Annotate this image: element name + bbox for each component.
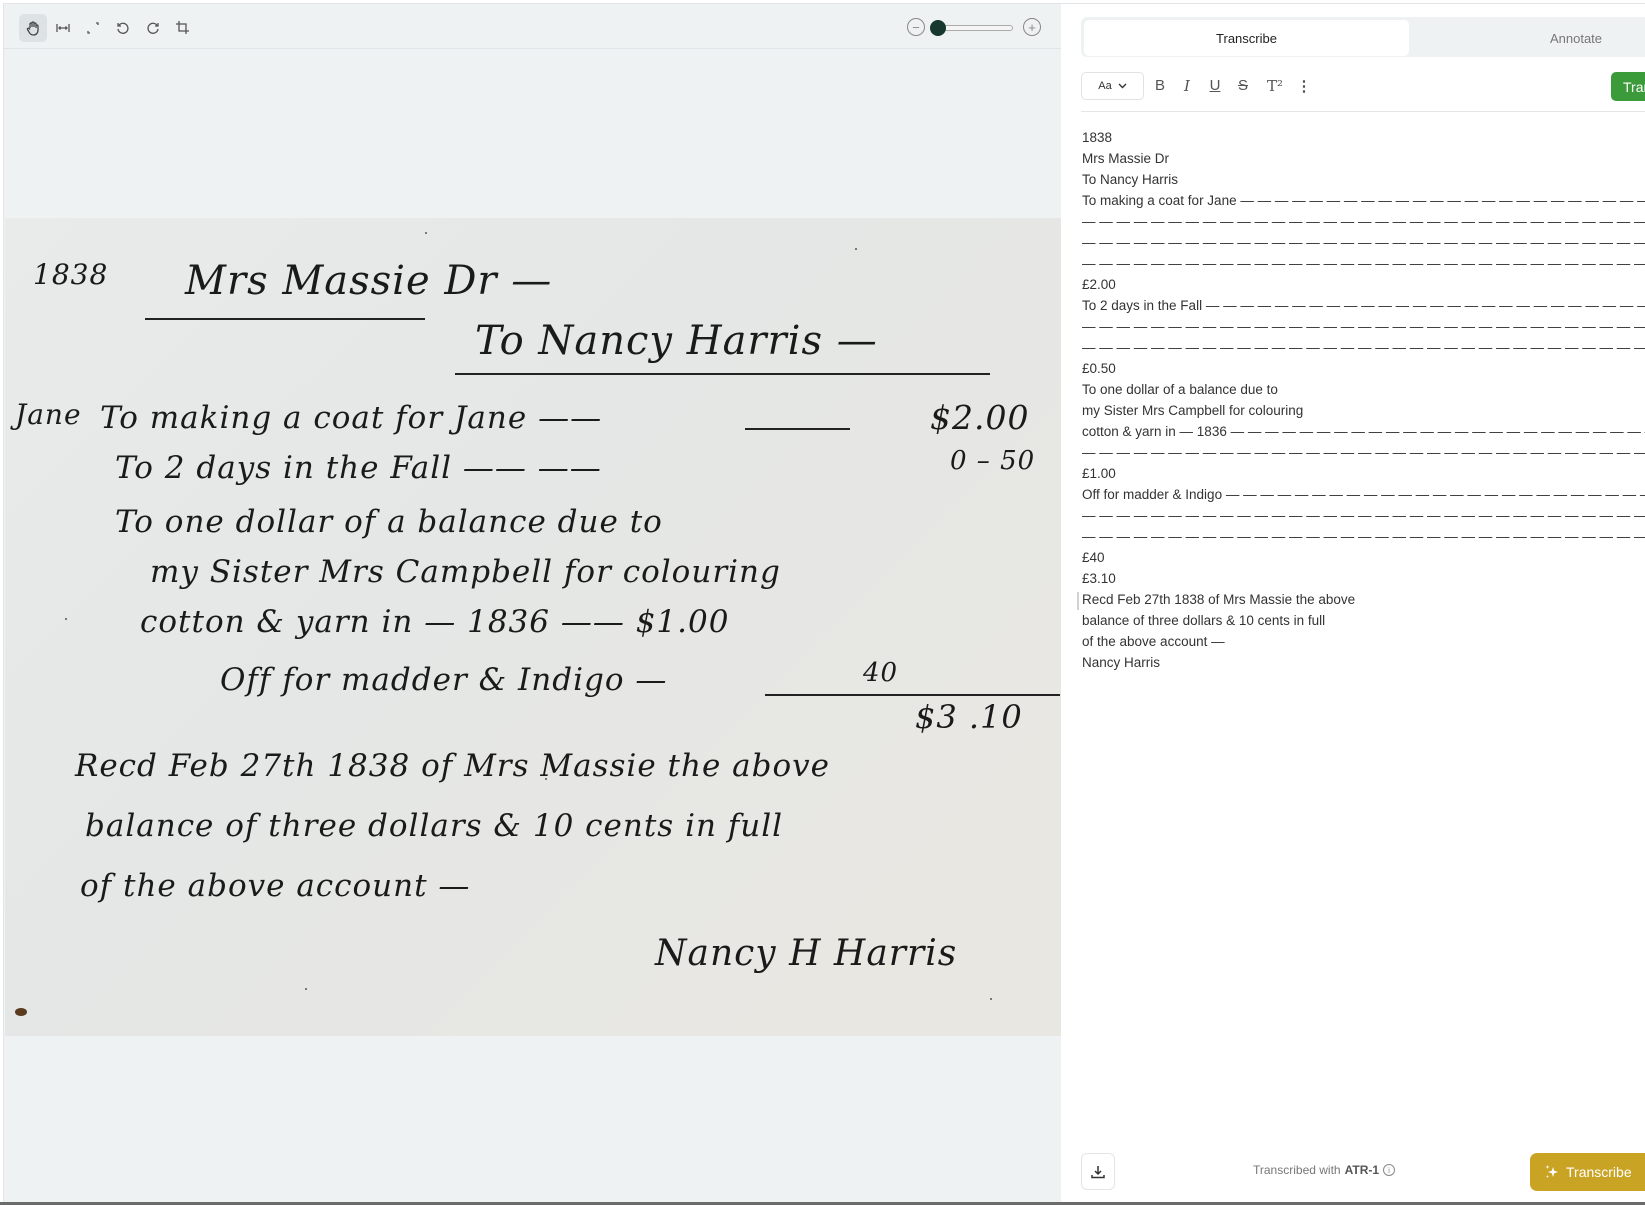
- doc-line: To making a coat for Jane ——: [100, 400, 602, 436]
- transcription-line: £40: [1082, 547, 1645, 568]
- doc-amount: $2.00: [930, 398, 1029, 437]
- font-icon: Aa: [1098, 80, 1111, 92]
- viewer-toolbar: − +: [4, 4, 1061, 49]
- plus-icon: +: [1028, 21, 1036, 34]
- transcription-line: £3.10: [1082, 568, 1645, 589]
- transcription-app: − + 1838 Mrs Massie Dr — To Nancy Harris…: [0, 0, 1645, 1205]
- paper-speck: [65, 618, 67, 620]
- button-label: Transcribe: [1566, 1164, 1632, 1180]
- doc-total: $3 .10: [915, 698, 1023, 736]
- zoom-slider-track[interactable]: [937, 25, 1013, 31]
- doc-underline: [455, 373, 990, 375]
- toolbar-divider: [1081, 111, 1645, 112]
- doc-line: my Sister Mrs Campbell for colouring: [150, 554, 781, 590]
- paper-speck: [990, 998, 992, 1000]
- transcription-line: — — — — — — — — — — — — — — — — — — — — …: [1082, 526, 1645, 547]
- transcription-line: — — — — — — — — — — — — — — — — — — — — …: [1082, 232, 1645, 253]
- transcription-line: of the above account —: [1082, 631, 1645, 652]
- transcription-line: — — — — — — — — — — — — — — — — — — — — …: [1082, 253, 1645, 274]
- transcription-editor[interactable]: 1838 Mrs Massie Dr To Nancy Harris To ma…: [1082, 127, 1645, 673]
- doc-dash: [745, 428, 850, 430]
- doc-year: 1838: [33, 258, 108, 291]
- download-button[interactable]: [1081, 1153, 1115, 1190]
- crop-icon: [175, 20, 191, 36]
- transcription-line: cotton & yarn in — 1836 — — — — — — — — …: [1082, 421, 1645, 442]
- doc-total-rule: [765, 694, 1060, 696]
- doc-to: To Nancy Harris —: [475, 318, 878, 364]
- crop-button[interactable]: [169, 14, 197, 42]
- doc-line: cotton & yarn in — 1836 —— $1.00: [140, 604, 729, 640]
- underline-button[interactable]: U: [1206, 77, 1224, 94]
- paper-speck: [425, 232, 427, 234]
- transcription-line: Mrs Massie Dr: [1082, 148, 1645, 169]
- format-toolbar: Aa B I U S T² ⋮ Transcribe: [1081, 69, 1645, 104]
- strikethrough-button[interactable]: S: [1234, 77, 1252, 94]
- transcription-line: balance of three dollars & 10 cents in f…: [1082, 610, 1645, 631]
- hand-tool-button[interactable]: [19, 14, 47, 42]
- transcribe-button[interactable]: Transcribe: [1530, 1153, 1645, 1191]
- doc-amount: 0 – 50: [950, 446, 1035, 476]
- transcription-line: — — — — — — — — — — — — — — — — — — — — …: [1082, 505, 1645, 526]
- fit-width-button[interactable]: [49, 14, 77, 42]
- transcription-line: To making a coat for Jane — — — — — — — …: [1082, 190, 1645, 211]
- zoom-out-button[interactable]: −: [907, 18, 925, 36]
- doc-line: To 2 days in the Fall —— ——: [115, 450, 602, 486]
- transcription-line: To one dollar of a balance due to: [1082, 379, 1645, 400]
- doc-line: of the above account —: [80, 868, 470, 904]
- doc-underline: [145, 318, 425, 320]
- doc-margin-note: Jane: [15, 398, 82, 431]
- paper-speck: [545, 778, 547, 780]
- rotate-right-button[interactable]: [139, 14, 167, 42]
- doc-line: Off for madder & Indigo —: [220, 662, 667, 698]
- panel-tabs: Transcribe Annotate: [1081, 17, 1645, 57]
- text-cursor-marker: [1077, 592, 1079, 610]
- paper-speck: [305, 988, 307, 990]
- manuscript-image[interactable]: 1838 Mrs Massie Dr — To Nancy Harris — J…: [5, 218, 1062, 1036]
- more-options-button[interactable]: ⋮: [1295, 77, 1313, 95]
- transcription-line: — — — — — — — — — — — — — — — — — — — — …: [1082, 211, 1645, 232]
- transcription-line: Nancy Harris: [1082, 652, 1645, 673]
- chevron-down-icon: [1118, 83, 1127, 89]
- doc-signature: Nancy H Harris: [655, 933, 957, 974]
- doc-line: Recd Feb 27th 1838 of Mrs Massie the abo…: [75, 748, 830, 784]
- model-name: ATR-1: [1345, 1163, 1379, 1177]
- hand-icon: [25, 20, 41, 36]
- panel-footer: Transcribed with ATR-1 i Transcribe: [1061, 1149, 1645, 1199]
- transcription-line: my Sister Mrs Campbell for colouring: [1082, 400, 1645, 421]
- rotate-right-icon: [145, 20, 161, 36]
- sparkle-icon: [1544, 1164, 1560, 1180]
- button-label: Transcribe: [1623, 79, 1645, 95]
- transcribe-action-button[interactable]: Transcribe: [1611, 72, 1645, 101]
- tab-transcribe[interactable]: Transcribe: [1084, 20, 1409, 56]
- rotate-left-button[interactable]: [109, 14, 137, 42]
- tab-annotate[interactable]: Annotate: [1411, 20, 1645, 56]
- tab-label: Annotate: [1550, 31, 1602, 46]
- transcription-line: To Nancy Harris: [1082, 169, 1645, 190]
- minus-icon: −: [912, 21, 920, 34]
- bold-button[interactable]: B: [1151, 77, 1169, 94]
- transcription-line: Off for madder & Indigo — — — — — — — — …: [1082, 484, 1645, 505]
- transcription-line: Recd Feb 27th 1838 of Mrs Massie the abo…: [1082, 589, 1645, 610]
- credit-text: Transcribed with: [1253, 1163, 1341, 1177]
- transcription-line: — — — — — — — — — — — — — — — — — — — — …: [1082, 442, 1645, 463]
- doc-title: Mrs Massie Dr —: [185, 258, 552, 304]
- font-size-select[interactable]: Aa: [1081, 72, 1144, 100]
- zoom-in-button[interactable]: +: [1023, 18, 1041, 36]
- zoom-slider-thumb[interactable]: [930, 20, 946, 36]
- doc-line: To one dollar of a balance due to: [115, 504, 663, 540]
- transcription-line: — — — — — — — — — — — — — — — — — — — — …: [1082, 316, 1645, 337]
- model-credit: Transcribed with ATR-1 i: [1253, 1163, 1395, 1177]
- fit-width-icon: [55, 20, 71, 36]
- paper-speck: [855, 248, 857, 250]
- transcription-panel: Transcribe Annotate Aa B I U S T² ⋮ Tran…: [1061, 3, 1645, 1203]
- image-viewer: − + 1838 Mrs Massie Dr — To Nancy Harris…: [3, 3, 1061, 1203]
- transcription-line: To 2 days in the Fall — — — — — — — — — …: [1082, 295, 1645, 316]
- transcription-line: — — — — — — — — — — — — — — — — — — — — …: [1082, 337, 1645, 358]
- superscript-button[interactable]: T²: [1264, 77, 1286, 95]
- expand-icon: [85, 20, 101, 36]
- rotate-left-icon: [115, 20, 131, 36]
- paper-stain: [15, 1008, 27, 1016]
- italic-button[interactable]: I: [1178, 77, 1196, 95]
- doc-line: balance of three dollars & 10 cents in f…: [85, 808, 783, 844]
- transcription-line: £0.50: [1082, 358, 1645, 379]
- download-icon: [1090, 1164, 1106, 1180]
- transcription-line: £1.00: [1082, 463, 1645, 484]
- transcription-line: £2.00: [1082, 274, 1645, 295]
- tab-label: Transcribe: [1216, 31, 1277, 46]
- transcription-line: 1838: [1082, 127, 1645, 148]
- fit-screen-button[interactable]: [79, 14, 107, 42]
- doc-amount: 40: [863, 658, 898, 688]
- info-icon[interactable]: i: [1383, 1164, 1395, 1176]
